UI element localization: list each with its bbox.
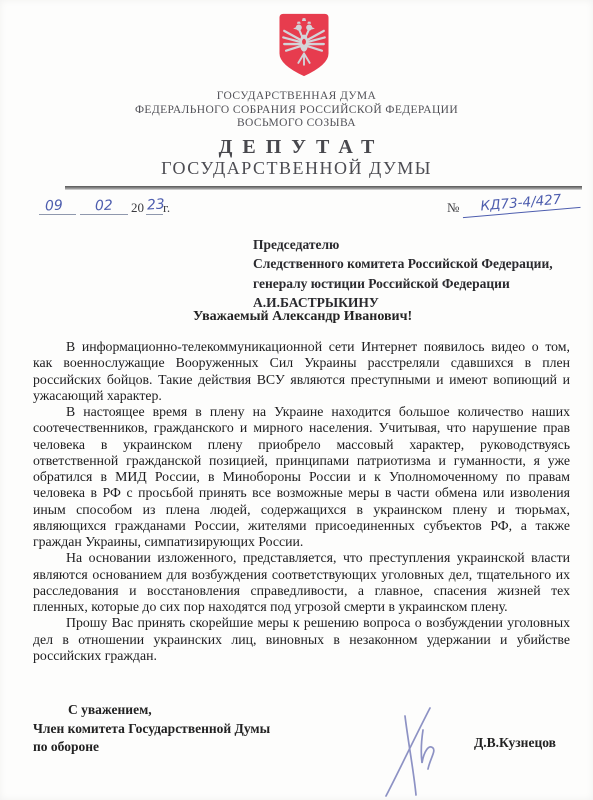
handwritten-day: 09: [45, 198, 64, 215]
signer-position-line1: Член комитета Государственной Думы: [33, 720, 270, 739]
closing-block: С уважением, Член комитета Государственн…: [33, 701, 270, 757]
date-number-line: 09 02 20 23 г. № КД73-4/427: [0, 198, 593, 222]
paragraph-4: Прошу Вас принять скорейшие меры к решен…: [33, 615, 570, 664]
closing-line: С уважением,: [33, 701, 270, 720]
document-number-wrap: КД73-4/427: [461, 190, 580, 218]
deputy-title: ДЕПУТАТ: [0, 136, 593, 159]
paragraph-1: В информационно-телекоммуникационной сет…: [33, 339, 570, 404]
addressee-line2: Следственного комитета Российской Федера…: [253, 254, 553, 273]
handwritten-month: 02: [95, 198, 113, 215]
addressee-line3: генералу юстиции Российской Федерации: [253, 274, 553, 293]
paragraph-3: На основании изложенного, представляется…: [33, 550, 570, 615]
handwritten-document-number: КД73-4/427: [461, 190, 580, 218]
handwritten-signature: [378, 703, 450, 798]
letter-body: В информационно-телекоммуникационной сет…: [33, 339, 570, 664]
deputy-title-org: ГОСУДАРСТВЕННОЙ ДУМЫ: [0, 158, 593, 179]
org-name-line3: ВОСЬМОГО СОЗЫВА: [0, 117, 593, 131]
number-sign: №: [447, 200, 459, 216]
salutation: Уважаемый Александр Иванович!: [193, 309, 412, 325]
org-name-line2: ФЕДЕРАЛЬНОГО СОБРАНИЯ РОССИЙСКОЙ ФЕДЕРАЦ…: [0, 104, 593, 118]
signer-name: Д.В.Кузнецов: [474, 735, 556, 751]
addressee-block: Председателю Следственного комитета Росс…: [253, 235, 553, 313]
letter-page: ГОСУДАРСТВЕННАЯ ДУМА ФЕДЕРАЛЬНОГО СОБРАН…: [0, 0, 593, 800]
letterhead-org: ГОСУДАРСТВЕННАЯ ДУМА ФЕДЕРАЛЬНОГО СОБРАН…: [0, 90, 593, 131]
printed-century: 20: [131, 200, 144, 216]
year-suffix: г.: [163, 200, 170, 216]
signer-position-line2: по обороне: [33, 738, 270, 757]
russia-coat-of-arms-icon: [275, 12, 333, 78]
org-name-line1: ГОСУДАРСТВЕННАЯ ДУМА: [0, 90, 593, 104]
addressee-line1: Председателю: [253, 235, 553, 254]
letterhead-divider: [65, 186, 582, 190]
paragraph-2: В настоящее время в плену на Украине нах…: [33, 404, 570, 550]
